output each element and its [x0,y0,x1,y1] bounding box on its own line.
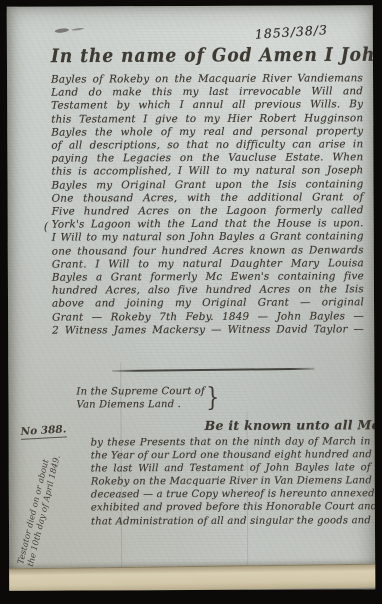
will-text-block: In the name of God Amen I John Bayles of… [51,45,364,337]
manuscript-line: Grant — Rokeby 7th Feby. 1849 — John Bay… [52,310,364,325]
margin-paren-mark: ( [44,220,49,234]
manuscript-line: Bayles my Original Grant upon the Isis c… [51,178,363,193]
brace-mark: } [206,383,219,413]
probate-opening-line: Be it known unto all Men [205,417,365,433]
court-heading-line: In the Supreme Court of [76,386,206,399]
case-number: No 388. [20,423,67,440]
manuscript-line: I Will to my natural son John Bayles a G… [52,231,364,246]
margin-annotation: Testator died on or about the 10th day o… [15,442,64,567]
manuscript-line: hundred Acres, also five hundred Acres o… [52,283,364,298]
manuscript-line: Grant. I Will to my natural Daughter Mar… [52,257,364,272]
manuscript-line: York's Lagoon with the Land that the Hou… [52,217,364,232]
manuscript-line: by these Presents that on the ninth day … [91,435,371,449]
manuscript-line: this Testament I give to my Hier Robert … [51,112,363,127]
manuscript-line: Bayles a Grant formerly Mc Ewen's contai… [52,270,364,285]
section-divider-rule [112,368,314,372]
manuscript-line: the Year of our Lord one thousand eight … [91,448,371,462]
manuscript-line: One thousand Acres, with the additional … [52,191,364,206]
manuscript-line: deceased — a true Copy whereof is hereun… [91,488,371,502]
folded-page-edge [7,564,375,591]
scan-backing: 1853/38/3 In the name of God Amen I John… [0,0,382,604]
manuscript-line: paying the Legacies on the Vaucluse Esta… [51,151,363,166]
manuscript-line: above and joining my Original Grant — or… [52,297,364,312]
witness-signature-line: 2 Witness James Mackersy — Witness David… [52,323,364,338]
will-opening-line: In the name of God Amen I John [51,44,363,67]
court-heading-line: Van Diemens Land . [76,398,206,411]
manuscript-line: exhibited and proved before this Honorab… [91,501,371,515]
manuscript-line: Land do make this my last irrevocable Wi… [51,85,363,100]
manuscript-line: Testament by which I annul all previous … [51,99,363,114]
manuscript-line: one thousand four hundred Acres known as… [52,244,364,259]
manuscript-line: Rokeby on the Macquarie River in Van Die… [91,474,371,488]
manuscript-line: this is accomplished, I Will to my natur… [51,165,363,180]
manuscript-line: Bayles of Rokeby on the Macquarie River … [51,72,363,87]
manuscript-page: 1853/38/3 In the name of God Amen I John… [7,5,376,591]
manuscript-line: Five hundred Acres on the Lagoon formerl… [52,204,364,219]
manuscript-line: the last Will and Testament of John Bayl… [91,461,371,475]
probate-text-block: by these Presents that on the ninth day … [91,435,371,528]
archive-reference-number: 1853/38/3 [254,20,355,42]
manuscript-line: Bayles the whole of my real and personal… [51,125,363,140]
manuscript-line: of all descriptions, so that no difficul… [51,138,363,153]
manuscript-line: that Administration of all and singular … [91,514,371,528]
court-heading: In the Supreme Court of Van Diemens Land… [76,386,206,412]
ink-smudge [55,28,69,34]
